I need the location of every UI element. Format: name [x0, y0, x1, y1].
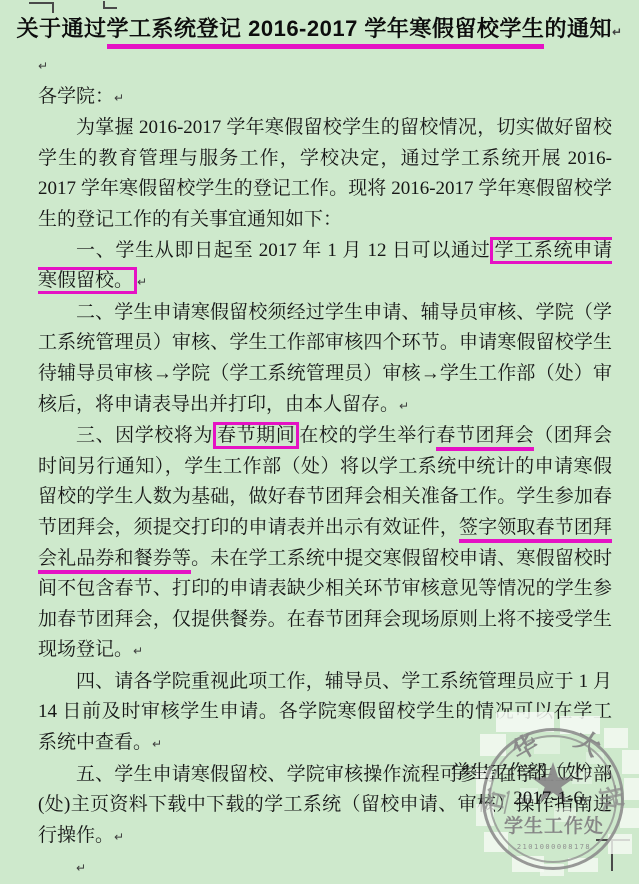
empty-line-1: ↵ — [38, 50, 612, 82]
intro-paragraph: 为掌握 2016-2017 学年寒假留校学生的留校情况，切实做好留校学生的教育管… — [38, 113, 612, 235]
paragraph-mark-icon: ↵ — [603, 767, 613, 781]
paragraph-mark-icon: ↵ — [152, 737, 162, 751]
item-3: 三、因学校将为春节期间在校的学生举行春节团拜会（团拜会时间另行通知），学生工作部… — [38, 421, 612, 667]
item-2: 二、学生申请寒假留校须经过学生申请、辅导员审核、学院（学工系统管理员）审核、学生… — [38, 298, 612, 421]
item-1: 一、学生从即日起至 2017 年 1 月 12 日可以通过学工系统申请寒假留校。… — [38, 236, 612, 298]
signature-date-text: 2017-1-6 — [513, 788, 583, 809]
signature-office-text: 学生工作部（处） — [451, 762, 603, 783]
text-boundary-mark-top-left-2 — [103, 1, 117, 9]
paragraph-text: 三、因学校将为 — [76, 425, 213, 446]
paragraph-mark-icon: ↵ — [38, 59, 48, 73]
notice-document-page: 关于通过学工系统登记 2016-2017 学年寒假留校学生的通知↵ ↵各学院：↵… — [0, 0, 639, 884]
page-title-prefix: 关于通过 — [16, 16, 106, 41]
paragraph-mark-icon: ↵ — [583, 793, 593, 807]
stamp-center-label: 学生工作处 — [504, 811, 604, 838]
page-title-suffix: 的通知 — [544, 16, 612, 41]
stamp-serial-number: 2101000008178 — [504, 843, 604, 851]
highlight-boxed-text: 春节期间 — [213, 422, 299, 449]
paragraph-text: 二、学生申请寒假留校须经过学生申请、辅导员审核、学院（学工系统管理员）审核、学生… — [38, 302, 612, 415]
salutation: 各学院：↵ — [38, 82, 612, 114]
paragraph-mark-icon: ↵ — [114, 830, 124, 844]
paragraph-mark-icon: ↵ — [114, 91, 124, 105]
paragraph-mark-icon: ↵ — [399, 399, 409, 413]
paragraph-text: 在校的学生举行 — [299, 425, 436, 446]
paragraph-mark-icon: ↵ — [133, 644, 143, 658]
page-title: 关于通过学工系统登记 2016-2017 学年寒假留校学生的通知↵ — [0, 12, 639, 43]
signature-date: 2017-1-6↵ — [513, 788, 593, 810]
highlight-underlined-text: 春节团拜会 — [436, 425, 534, 451]
paragraph-text: 为掌握 2016-2017 学年寒假留校学生的留校情况，切实做好留校学生的教育管… — [38, 117, 612, 230]
paragraph-mark-icon: ↵ — [612, 25, 623, 39]
paragraph-text: 一、学生从即日起至 2017 年 1 月 12 日可以通过 — [76, 240, 490, 261]
paragraph-text: 各学院： — [38, 86, 114, 107]
signature-office: 学生工作部（处）↵ — [451, 757, 613, 784]
paragraph-mark-icon: ↵ — [137, 275, 147, 289]
stamp-paste-artifact — [622, 750, 639, 774]
page-title-highlighted-underline: 学工系统登记 2016-2017 学年寒假留校学生 — [107, 16, 545, 49]
paragraph-mark-icon: ↵ — [76, 861, 86, 875]
stamp-paste-artifact — [604, 728, 628, 748]
